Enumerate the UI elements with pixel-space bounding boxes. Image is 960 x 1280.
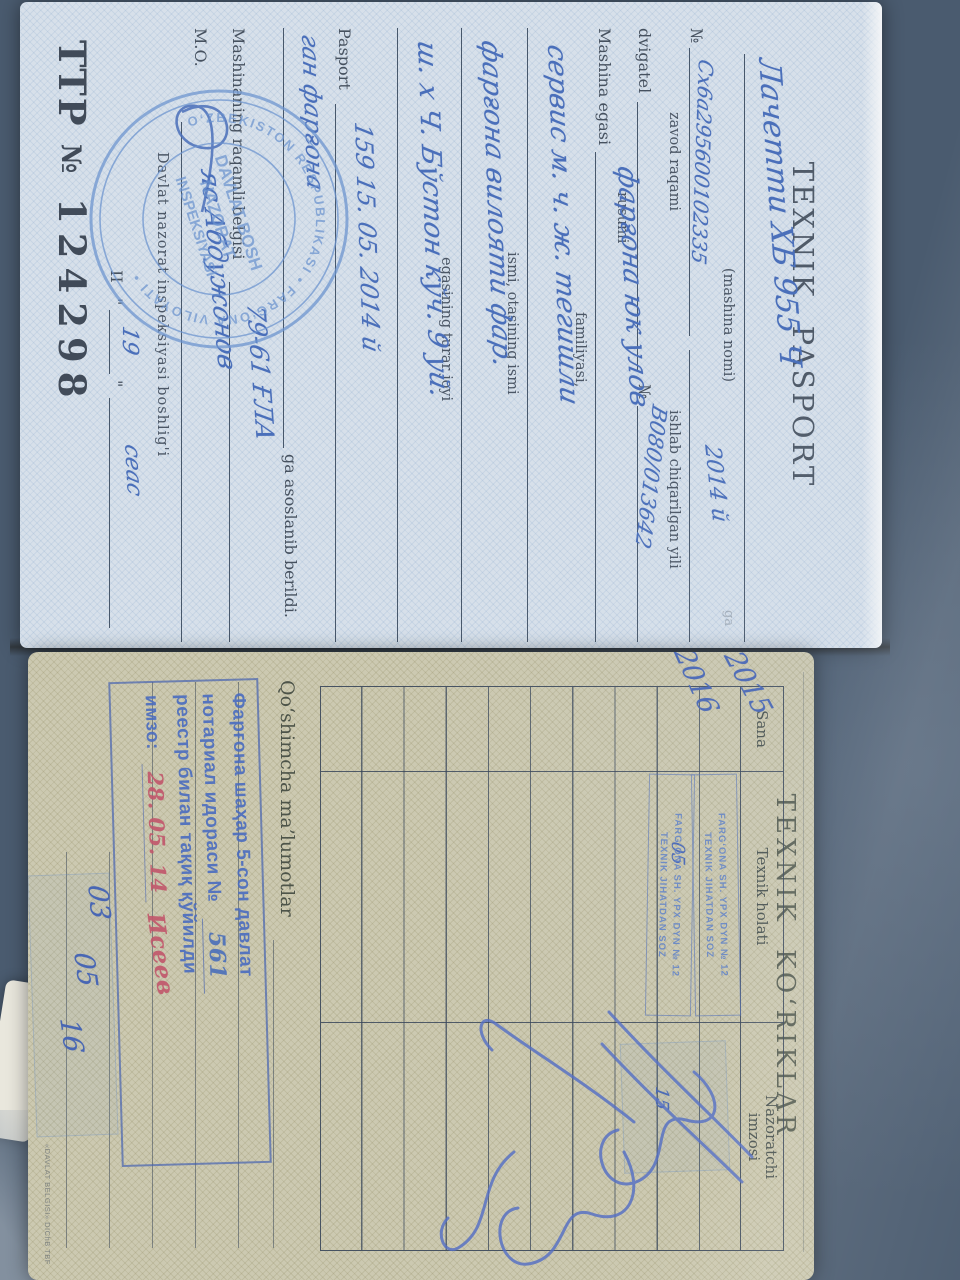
notary-date-handwriting: 28. 05. 14 (142, 763, 172, 902)
serial-prefix: TTP (50, 40, 94, 128)
additional-info-label: Qo‘shimcha ma’lumotlar (276, 680, 298, 917)
inspections-page: TEXNIK KO‘RIKLAR Sana Texnik holati Nazo… (28, 652, 814, 1280)
passport-page: TEXNIK PASPORT Лачетти ХБ 955 Ч (mashina… (20, 2, 882, 648)
notary-register-number: 561 (202, 918, 231, 994)
blank-rule (273, 940, 274, 1248)
date-note-2: 05 (67, 952, 103, 987)
printer-footer-mark: «DAVLAT BELGISI» DIChB TBF (43, 1144, 52, 1265)
close-quote: " (107, 380, 126, 387)
field-underline (109, 398, 110, 628)
month-handwriting: сеас (119, 442, 147, 499)
notary-stamp: Фарғона шаҳар 5-сон давлат нотариал идор… (108, 678, 271, 1167)
photo-background: TEXNIK PASPORT Лачетти ХБ 955 Ч (mashina… (0, 0, 960, 1280)
date-note-3: 16 (53, 1018, 89, 1053)
notary-signature-handwriting: Исеев (142, 912, 180, 997)
date-note-1: 03 (81, 884, 116, 920)
booklet: TEXNIK PASPORT Лачетти ХБ 955 Ч (mashina… (0, 0, 960, 1280)
